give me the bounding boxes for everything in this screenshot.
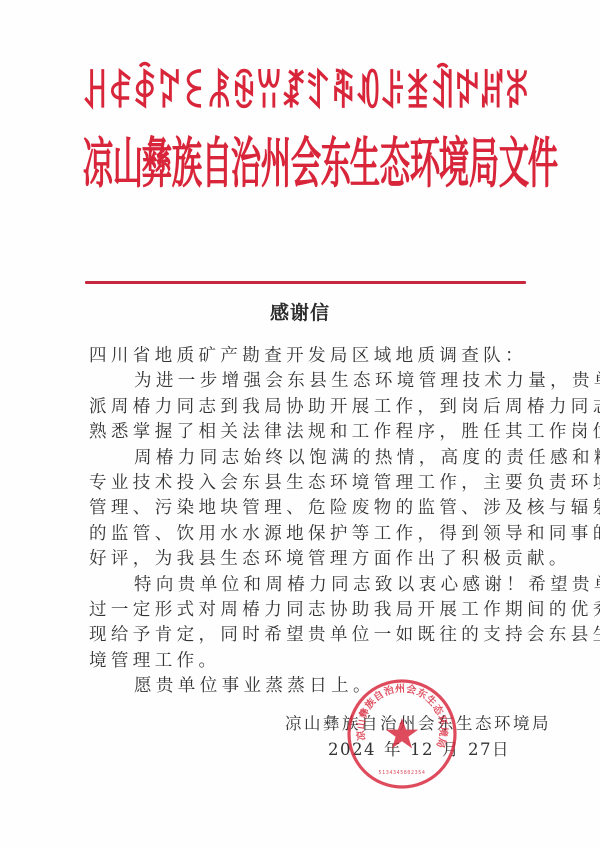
date-month: 12 [410,740,434,759]
masthead-char: 文 [498,121,526,199]
letter-line: 专业技术投入会东县生态环境管理工作，主要负责环境应急 [89,471,515,496]
yi-glyph: ꃅ [82,62,106,125]
masthead-char: 州 [261,121,289,199]
letter-line: 为进一步增强会东县生态环境管理技术力量，贵单位委 [89,369,515,394]
yi-glyph: ꎹ [330,62,354,125]
yi-glyph: ꀒ [355,62,379,125]
masthead-char: 山 [112,121,140,199]
document-page: ꃅꈉꇈꇗꏂꂿꏠꀕꊨꄸꎹꀒꌠꁧꀉꉢꏦꑊ 凉山彝族自治州会东生态环境局文件 感谢信 … [0,0,600,848]
letter-line: 派周椿力同志到我局协助开展工作，到岗后周椿力同志迅速 [89,395,515,420]
letter-line: 周椿力同志始终以饱满的热情，高度的责任感和精湛的 [89,446,515,471]
masthead-char: 治 [231,121,259,199]
masthead-char: 件 [528,121,556,199]
letter-line: 现给予肯定，同时希望贵单位一如既往的支持会东县生态环 [89,623,515,648]
masthead-char: 彝 [142,121,170,199]
masthead-char: 态 [380,121,408,199]
masthead-char: 凉 [83,121,111,199]
yi-script-header: ꃅꈉꇈꇗꏂꂿꏠꀕꊨꄸꎹꀒꌠꁧꀉꉢꏦꑊ [82,68,528,118]
red-divider-rule [85,281,526,284]
masthead-char: 局 [469,121,497,199]
letter-line: 特向贵单位和周椿力同志致以衷心感谢！希望贵单位通 [89,573,515,598]
yi-glyph: ꇗ [156,62,180,125]
masthead-char: 族 [172,121,200,199]
letter-lines: 为进一步增强会东县生态环境管理技术力量，贵单位委派周椿力同志到我局协助开展工作，… [89,369,515,699]
date-day-unit: 日 [492,740,510,759]
signature-organization: 凉山彝族自治州会东生态环境局 [285,710,515,734]
yi-glyph: ꑊ [504,62,528,125]
yi-glyph: ꏦ [479,62,503,125]
date-day: 27 [468,740,492,759]
letter-line: 过一定形式对周椿力同志协助我局开展工作期间的优秀表 [89,598,515,623]
letter-line: 熟悉掌握了相关法律法规和工作程序，胜任其工作岗位。 [89,420,515,445]
letter-line: 愿贵单位事业蒸蒸日上。 [89,674,515,699]
document-title: 感谢信 [0,298,600,325]
yi-glyph: ꌠ [380,62,404,125]
salutation: 四川省地质矿产勘查开发局区域地质调查队： [89,344,515,369]
yi-glyph: ꇈ [132,62,156,125]
yi-glyph: ꈉ [107,62,131,125]
signature-date: 2024年12月27日 [328,736,510,760]
yi-glyph: ꉢ [454,62,478,125]
date-year: 2024 [328,740,376,759]
yi-glyph: ꄸ [305,62,329,125]
letter-body: 四川省地质矿产勘查开发局区域地质调查队： 为进一步增强会东县生态环境管理技术力量… [89,344,515,699]
letter-line: 好评，为我县生态环境管理方面作出了积极贡献。 [89,547,515,572]
yi-glyph: ꏂ [181,62,205,125]
masthead-char: 东 [320,121,348,199]
masthead-char: 会 [291,121,319,199]
masthead-char: 生 [350,121,378,199]
letter-line: 管理、污染地块管理、危险废物的监管、涉及核与辐射单位 [89,496,515,521]
letter-line: 的监管、饮用水水源地保护等工作，得到领导和同事的一致 [89,522,515,547]
yi-glyph: ꀉ [429,62,453,125]
yi-glyph: ꏠ [231,62,255,125]
yi-glyph: ꀕ [256,62,280,125]
yi-glyph: ꂿ [206,62,230,125]
masthead-char: 自 [201,121,229,199]
masthead-title: 凉山彝族自治州会东生态环境局文件 [82,128,528,192]
date-month-unit: 月 [442,740,460,759]
yi-glyph: ꊨ [281,62,305,125]
date-year-unit: 年 [384,740,402,759]
yi-glyph: ꁧ [405,62,429,125]
letter-line: 境管理工作。 [89,649,515,674]
svg-text:5134345802354: 5134345802354 [379,770,426,776]
masthead-char: 境 [439,121,467,199]
masthead-char: 环 [409,121,437,199]
